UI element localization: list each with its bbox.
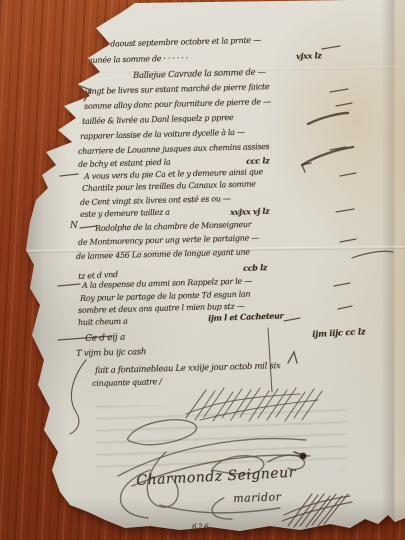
sum-notation: ijm iijc cc lz xyxy=(312,327,366,340)
manuscript-text-line: Ballejue Cavrade la somme de — xyxy=(133,68,266,81)
manuscript-text-line: este y demeure taillez a xyxy=(80,208,170,219)
margin-note: ✳ xyxy=(94,21,100,29)
photo-of-manuscript: mois daoust septembre octobre et la prnt… xyxy=(0,0,405,540)
margin-note: N xyxy=(70,221,78,231)
sum-notation: xvjxx vj lz xyxy=(230,206,270,217)
manuscript-text-line: de Cent vingt six livres ont esté es ou … xyxy=(80,194,231,207)
manuscript-text-line: A vous vers du pie Ca et le y demeure ai… xyxy=(84,167,263,181)
manuscript-text-line: Chantilz pour les treilles du Canaux la … xyxy=(82,179,256,193)
manuscript-text-line: mois daoust septembre octobre et la prnt… xyxy=(90,36,261,49)
paper-shadow-wrap: mois daoust septembre octobre et la prnt… xyxy=(0,0,405,540)
manuscript-text-line: huit cheum a xyxy=(78,317,128,327)
manuscript-text-line: T vijm bu ijc cash xyxy=(76,347,146,359)
margin-swash-strokes xyxy=(302,113,353,172)
manuscript-text-line: taillée & livrée au Danl lesquelz p ppre… xyxy=(82,113,234,126)
ink-show-through xyxy=(95,402,346,474)
manuscript-text-line: Roy pour le partage de la ponte Td esgun… xyxy=(80,290,250,303)
manuscript-text-line: vingt be livres sur estant marché de pie… xyxy=(85,82,269,96)
manuscript-text-line: somme alloy donc pour fourniture de pier… xyxy=(84,97,271,111)
sum-notation: ccc lz xyxy=(246,155,270,166)
sum-notation: ccb lz xyxy=(243,262,267,273)
sum-notation: vjxx lz xyxy=(296,50,322,61)
manuscript-text-line: rapparer lassise de la voiture dycelle à… xyxy=(80,128,245,141)
manuscript-text-line: Rodolphe de la chambre de Monseigneur xyxy=(95,220,251,233)
sum-notation: ijm l et Cacheteur xyxy=(208,310,284,323)
manuscript-text-line: de bchy et estant pied la xyxy=(78,158,171,169)
manuscript-text-line: cinquante quatre / xyxy=(92,377,162,388)
manuscript-page: mois daoust septembre octobre et la prnt… xyxy=(0,0,405,540)
manuscript-text-line: Ce d eij a xyxy=(85,333,125,344)
line-end-dashes xyxy=(284,46,393,321)
margin-note: 6 2 6 xyxy=(192,523,208,531)
manuscript-text-line: aunée la somme de · · · · · · xyxy=(88,53,188,65)
manuscript-text-line: charriere de Louanne jusques aux chemins… xyxy=(78,142,269,156)
manuscript-text-line: de Montmorency pour ung verte le partaig… xyxy=(78,233,259,247)
signature: maridor xyxy=(233,490,282,505)
manuscript-text-line: fait a fontainebleau Le xxiije jour octo… xyxy=(95,361,281,376)
hatch-scribble-bottom-right xyxy=(282,494,352,527)
